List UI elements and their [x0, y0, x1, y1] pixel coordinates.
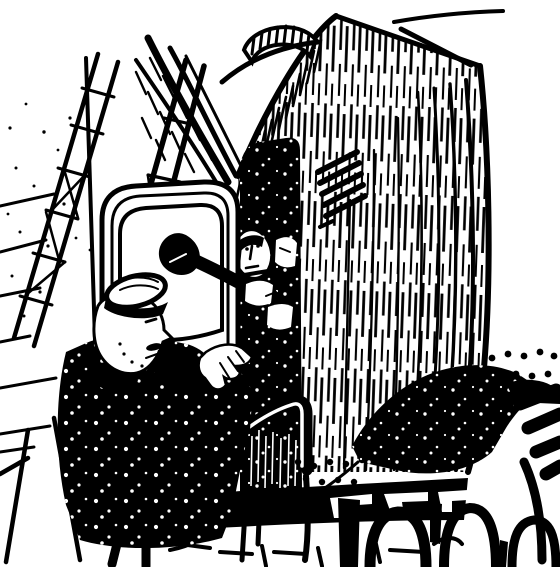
operator-highlight [267, 304, 293, 330]
operator-highlight [275, 237, 297, 267]
doorway-leg-strokes [305, 476, 308, 560]
wheel-arch [512, 520, 556, 567]
track-curve-bar [524, 462, 542, 560]
illustration-page: Black-and-white book illustration: a man… [0, 0, 560, 567]
scaffold-jut-bars [0, 194, 56, 452]
illustration-canvas: Black-and-white book illustration: a man… [0, 0, 560, 567]
operator-eye [256, 244, 260, 248]
cable-sweep [136, 38, 243, 190]
ground-strokes [180, 544, 424, 566]
roof-cable-line [394, 11, 503, 22]
operator-highlight [245, 281, 273, 306]
operator-eye [245, 247, 249, 251]
